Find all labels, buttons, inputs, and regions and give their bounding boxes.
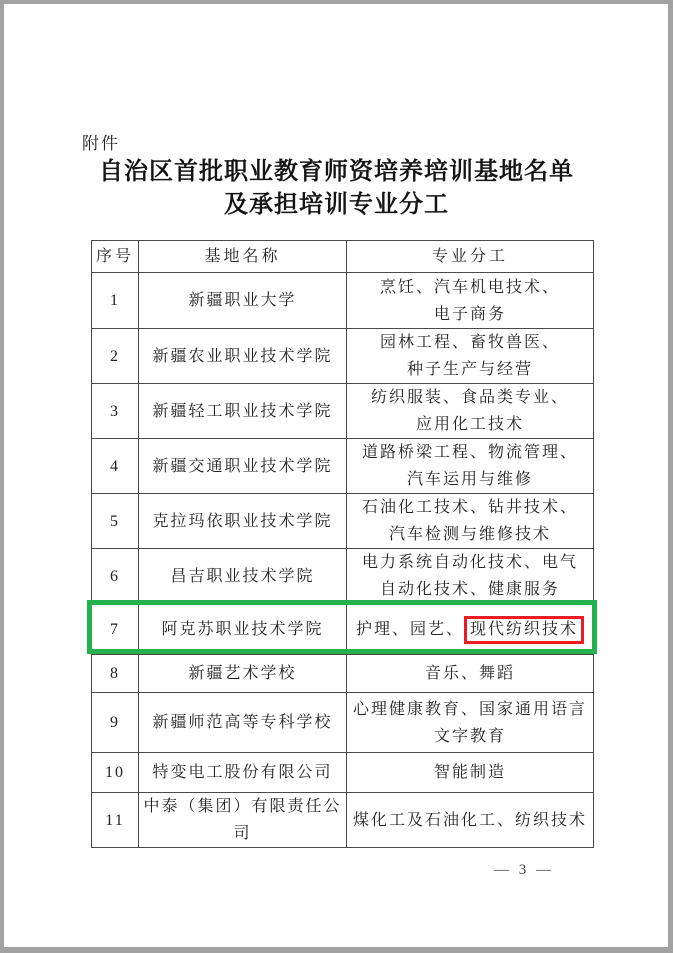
majors-line: 种子生产与经营 [349, 356, 591, 383]
cell-base: 新疆艺术学校 [139, 655, 347, 693]
table-row: 4 新疆交通职业技术学院 道路桥梁工程、物流管理、 汽车运用与维修 [92, 439, 594, 494]
table-row: 6 昌吉职业技术学院 电力系统自动化技术、电气 自动化技术、健康服务 [92, 549, 594, 604]
cell-no: 8 [92, 655, 139, 693]
cell-base: 昌吉职业技术学院 [139, 549, 347, 604]
cell-no: 9 [92, 693, 139, 753]
cell-majors: 心理健康教育、国家通用语言 文字教育 [347, 693, 594, 753]
cell-base: 新疆师范高等专科学校 [139, 693, 347, 753]
table-row: 11 中泰（集团）有限责任公司 煤化工及石油化工、纺织技术 [92, 793, 594, 848]
cell-majors: 烹饪、汽车机电技术、 电子商务 [347, 273, 594, 329]
page-title-line2: 及承担培训专业分工 [4, 189, 669, 222]
table-row: 2 新疆农业职业技术学院 园林工程、畜牧兽医、 种子生产与经营 [92, 329, 594, 384]
cell-base: 克拉玛依职业技术学院 [139, 494, 347, 549]
cell-no: 2 [92, 329, 139, 384]
table-row: 9 新疆师范高等专科学校 心理健康教育、国家通用语言 文字教育 [92, 693, 594, 753]
cell-base: 新疆交通职业技术学院 [139, 439, 347, 494]
table-row: 1 新疆职业大学 烹饪、汽车机电技术、 电子商务 [92, 273, 594, 329]
header-serial-number: 序号 [92, 241, 139, 273]
majors-line: 智能制造 [349, 759, 591, 786]
attachment-label: 附件 [82, 129, 120, 154]
header-major-division: 专业分工 [347, 241, 594, 273]
document-page: 附件 自治区首批职业教育师资培养培训基地名单 及承担培训专业分工 序号 基地名称… [0, 0, 673, 953]
cell-majors: 电力系统自动化技术、电气 自动化技术、健康服务 [347, 549, 594, 604]
majors-line: 纺织服装、食品类专业、 [349, 384, 591, 411]
cell-majors: 智能制造 [347, 753, 594, 793]
majors-line: 心理健康教育、国家通用语言 [349, 696, 591, 723]
cell-no: 7 [92, 604, 139, 655]
training-base-table: 序号 基地名称 专业分工 1 新疆职业大学 烹饪、汽车机电技术、 电子商务 2 … [91, 240, 594, 848]
majors-line: 石油化工技术、钻井技术、 [349, 494, 591, 521]
page-number: — 3 — [4, 862, 669, 879]
cell-no: 3 [92, 384, 139, 439]
cell-majors: 护理、园艺、现代纺织技术 [347, 604, 594, 655]
majors-line: 电力系统自动化技术、电气 [349, 549, 591, 576]
cell-majors: 石油化工技术、钻井技术、 汽车检测与维修技术 [347, 494, 594, 549]
majors-line: 煤化工及石油化工、纺织技术 [349, 807, 591, 834]
cell-majors: 音乐、舞蹈 [347, 655, 594, 693]
cell-no: 5 [92, 494, 139, 549]
majors-line: 汽车运用与维修 [349, 466, 591, 493]
majors-line: 应用化工技术 [349, 411, 591, 438]
cell-majors: 园林工程、畜牧兽医、 种子生产与经营 [347, 329, 594, 384]
cell-base: 阿克苏职业技术学院 [139, 604, 347, 655]
text-highlight-annotation: 现代纺织技术 [464, 616, 584, 644]
cell-base: 中泰（集团）有限责任公司 [139, 793, 347, 848]
cell-no: 10 [92, 753, 139, 793]
table-header-row: 序号 基地名称 专业分工 [92, 241, 594, 273]
cell-no: 11 [92, 793, 139, 848]
cell-no: 1 [92, 273, 139, 329]
cell-majors: 纺织服装、食品类专业、 应用化工技术 [347, 384, 594, 439]
cell-majors: 道路桥梁工程、物流管理、 汽车运用与维修 [347, 439, 594, 494]
majors-line: 电子商务 [349, 301, 591, 328]
table-row: 8 新疆艺术学校 音乐、舞蹈 [92, 655, 594, 693]
majors-line: 汽车检测与维修技术 [349, 521, 591, 548]
cell-base: 新疆轻工职业技术学院 [139, 384, 347, 439]
majors-prefix: 护理、园艺、 [356, 621, 464, 638]
page-number-text: — 3 — [494, 862, 554, 879]
cell-base: 特变电工股份有限公司 [139, 753, 347, 793]
majors-line: 音乐、舞蹈 [349, 660, 591, 687]
page-title-line1: 自治区首批职业教育师资培养培训基地名单 [4, 156, 669, 189]
page-title: 自治区首批职业教育师资培养培训基地名单 及承担培训专业分工 [4, 156, 669, 222]
table-row: 5 克拉玛依职业技术学院 石油化工技术、钻井技术、 汽车检测与维修技术 [92, 494, 594, 549]
cell-base: 新疆农业职业技术学院 [139, 329, 347, 384]
majors-line: 园林工程、畜牧兽医、 [349, 329, 591, 356]
header-base-name: 基地名称 [139, 241, 347, 273]
table-row-highlighted: 7 阿克苏职业技术学院 护理、园艺、现代纺织技术 [92, 604, 594, 655]
table-row: 3 新疆轻工职业技术学院 纺织服装、食品类专业、 应用化工技术 [92, 384, 594, 439]
cell-no: 6 [92, 549, 139, 604]
majors-line: 道路桥梁工程、物流管理、 [349, 439, 591, 466]
majors-line: 自动化技术、健康服务 [349, 576, 591, 603]
table-row: 10 特变电工股份有限公司 智能制造 [92, 753, 594, 793]
cell-majors: 煤化工及石油化工、纺织技术 [347, 793, 594, 848]
cell-no: 4 [92, 439, 139, 494]
cell-base: 新疆职业大学 [139, 273, 347, 329]
majors-line: 文字教育 [349, 723, 591, 750]
majors-line: 烹饪、汽车机电技术、 [349, 274, 591, 301]
